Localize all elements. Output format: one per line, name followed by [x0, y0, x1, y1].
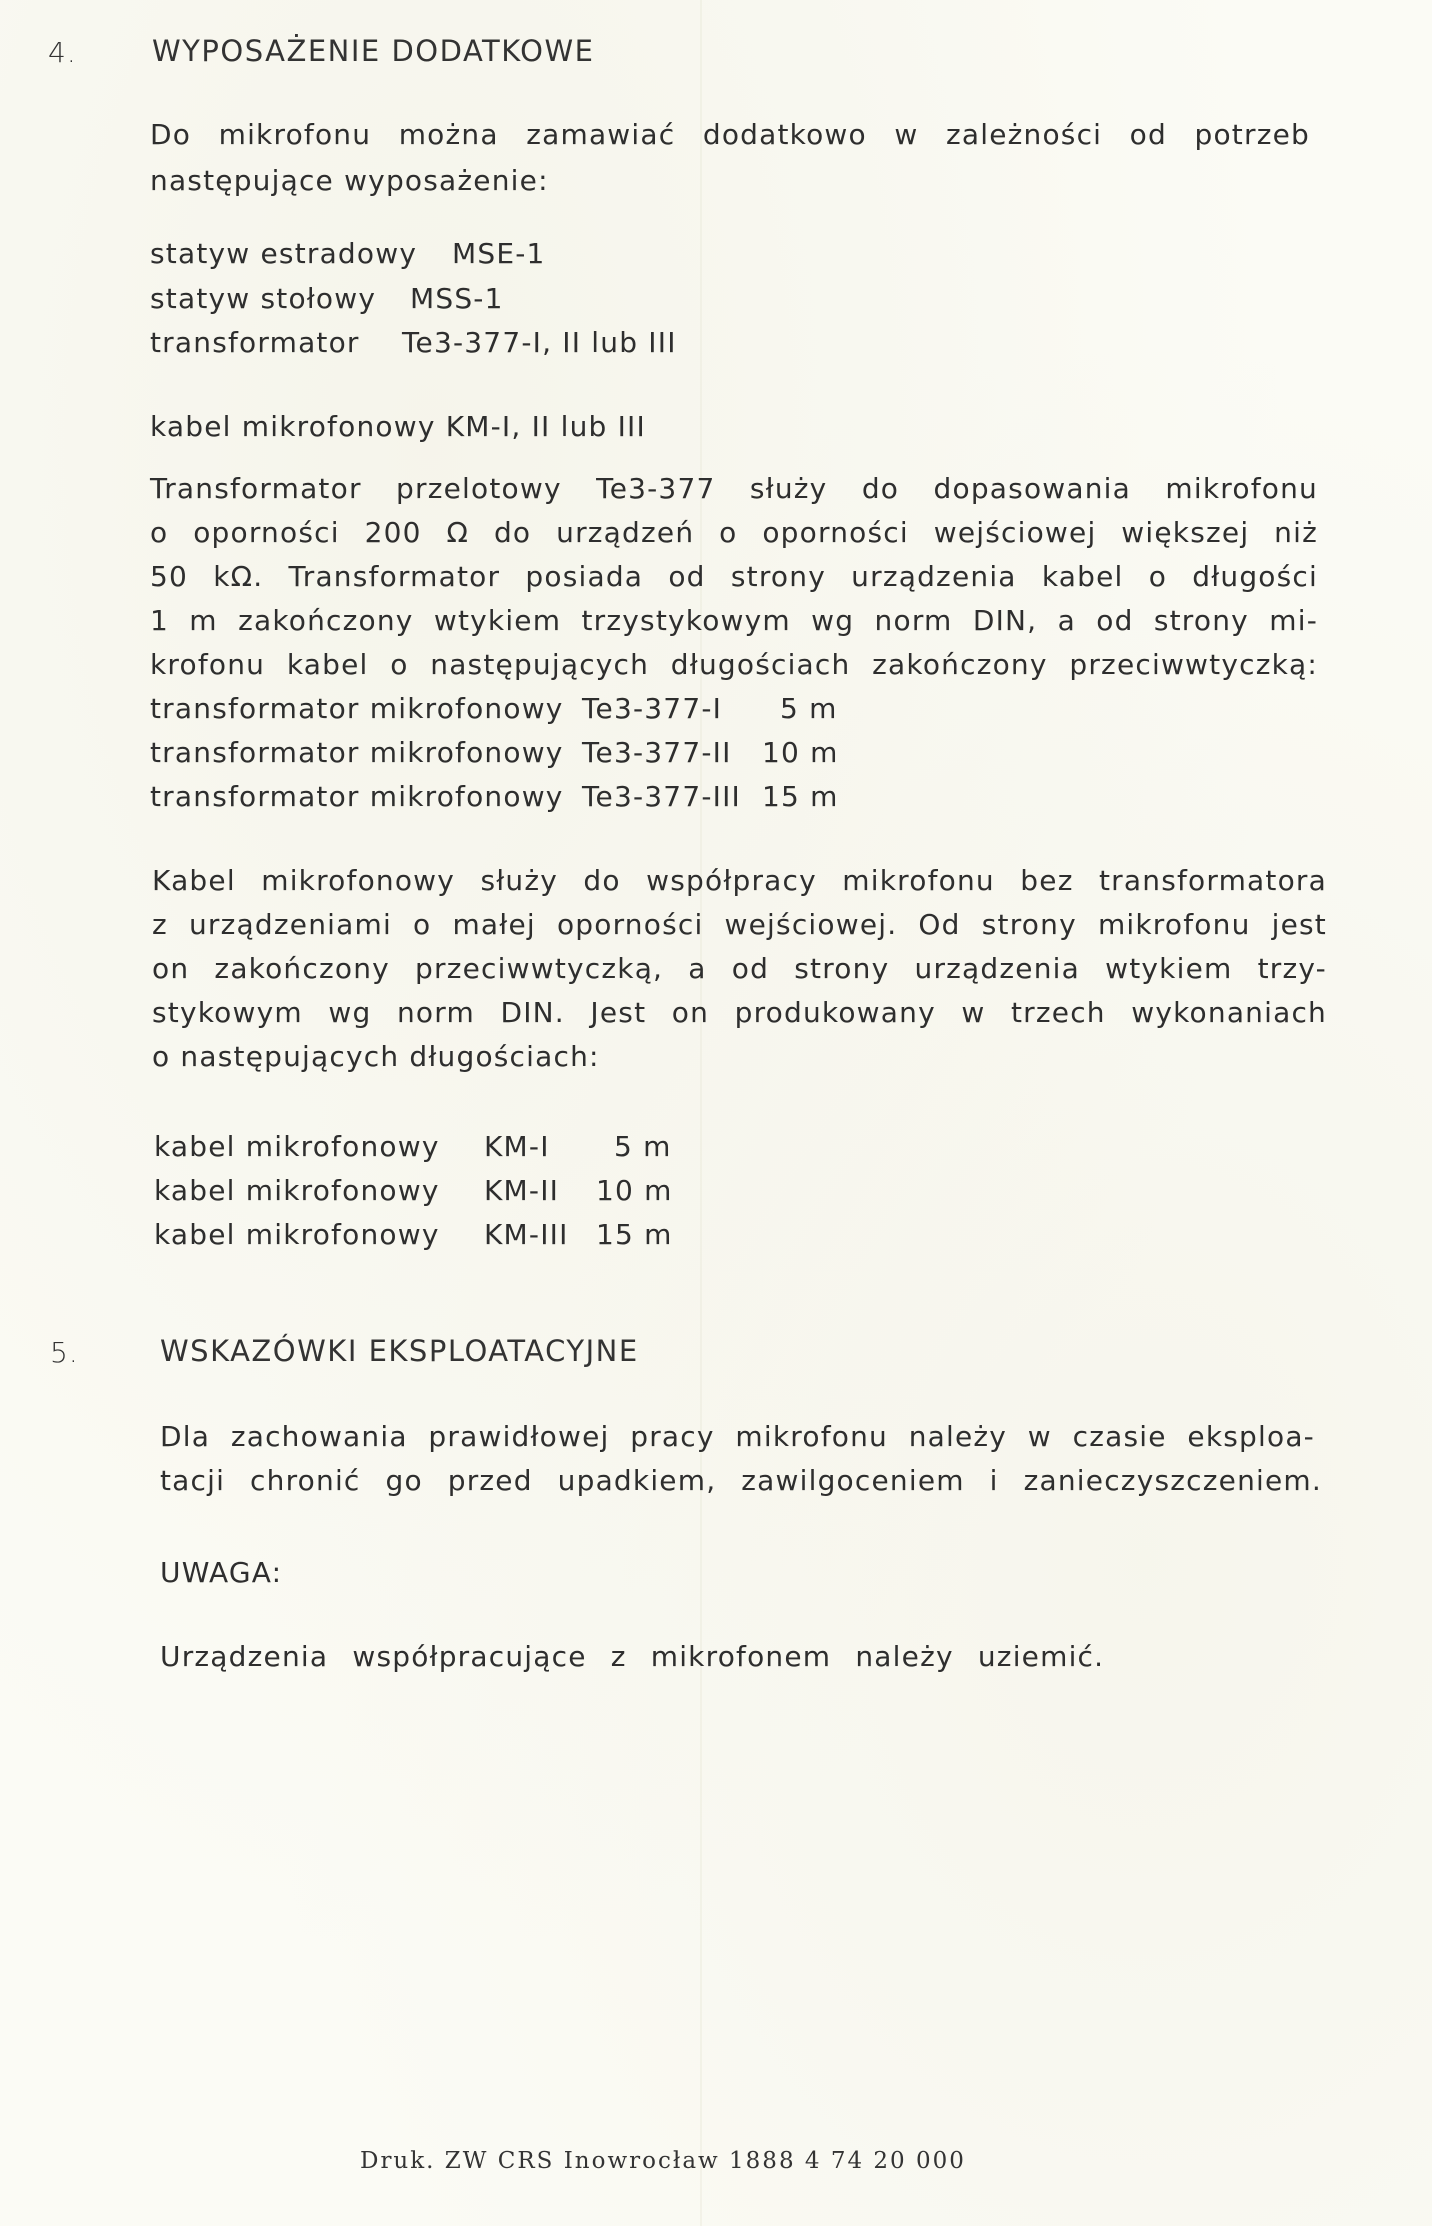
section-4-number: 4.	[48, 36, 77, 69]
printer-imprint: Druk. ZW CRS Inowrocław 1888 4 74 20 000	[360, 2148, 966, 2174]
equipment-model: MSS-1	[410, 282, 504, 315]
section-5-title: WSKAZÓWKI EKSPLOATACYJNE	[160, 1334, 639, 1368]
variant-length: 10 m	[596, 1174, 673, 1207]
equipment-name: statyw stołowy	[150, 282, 376, 315]
equipment-item: statyw estradowy MSE-1	[150, 237, 417, 270]
transformer-variant-row: transformator mikrofonowy Te3-377-I 5 m	[150, 692, 564, 725]
equipment-item: statyw stołowy MSS-1	[150, 282, 376, 315]
intro-line-1: Do mikrofonu można zamawiać dodatkowo w …	[150, 118, 1310, 151]
section-5-paragraph-line-1: Dla zachowania prawidłowej pracy mikrofo…	[160, 1420, 1315, 1453]
variant-model: KM-I	[484, 1130, 550, 1163]
variant-name: transformator mikrofonowy	[150, 736, 564, 769]
variant-model: Te3-377-III	[582, 780, 741, 813]
paper-fold	[700, 0, 702, 2226]
transformer-paragraph-line-1: Transformator przelotowy Te3-377 służy d…	[150, 472, 1318, 505]
section-5-number: 5.	[50, 1336, 79, 1369]
variant-name: transformator mikrofonowy	[150, 692, 564, 725]
variant-model: Te3-377-I	[582, 692, 722, 725]
variant-model: KM-II	[484, 1174, 559, 1207]
cable-paragraph-line-1: Kabel mikrofonowy służy do współpracy mi…	[152, 864, 1327, 897]
transformer-paragraph-line-3: 50 kΩ. Transformator posiada od strony u…	[150, 560, 1318, 593]
warning-text: Urządzenia współpracujące z mikrofonem n…	[160, 1640, 1104, 1673]
variant-length: 15 m	[596, 1218, 673, 1251]
transformer-paragraph-line-2: o oporności 200 Ω do urządzeń o opornośc…	[150, 516, 1318, 549]
variant-length: 5 m	[614, 1130, 672, 1163]
cable-option-line: kabel mikrofonowy KM-I, II lub III	[150, 410, 646, 443]
transformer-variant-row: transformator mikrofonowy Te3-377-II 10 …	[150, 736, 564, 769]
transformer-paragraph-line-4: 1 m zakończony wtykiem trzystykowym wg n…	[150, 604, 1318, 637]
cable-paragraph-line-4: stykowym wg norm DIN. Jest on produkowan…	[152, 996, 1327, 1029]
transformer-paragraph-line-5: krofonu kabel o następujących długościac…	[150, 648, 1318, 681]
transformer-variant-row: transformator mikrofonowy Te3-377-III 15…	[150, 780, 564, 813]
equipment-model: Te3-377-I, II lub III	[402, 326, 677, 359]
variant-name: transformator mikrofonowy	[150, 780, 564, 813]
section-4-title: WYPOSAŻENIE DODATKOWE	[152, 34, 595, 68]
variant-length: 10 m	[762, 736, 839, 769]
equipment-model: MSE-1	[452, 237, 546, 270]
section-5-paragraph-line-2: tacji chronić go przed upadkiem, zawilgo…	[160, 1464, 1322, 1497]
variant-model: Te3-377-II	[582, 736, 732, 769]
variant-length: 15 m	[762, 780, 839, 813]
warning-label: UWAGA:	[160, 1556, 282, 1589]
intro-line-2: następujące wyposażenie:	[150, 164, 549, 197]
cable-variant-row: kabel mikrofonowy KM-II 10 m	[154, 1174, 440, 1207]
equipment-name: statyw estradowy	[150, 237, 417, 270]
variant-model: KM-III	[484, 1218, 569, 1251]
variant-length: 5 m	[780, 692, 838, 725]
cable-variant-row: kabel mikrofonowy KM-I 5 m	[154, 1130, 440, 1163]
equipment-item: transformator Te3-377-I, II lub III	[150, 326, 360, 359]
equipment-name: transformator	[150, 326, 360, 359]
cable-paragraph-line-3: on zakończony przeciwwtyczką, a od stron…	[152, 952, 1327, 985]
variant-name: kabel mikrofonowy	[154, 1130, 440, 1163]
variant-name: kabel mikrofonowy	[154, 1174, 440, 1207]
cable-variant-row: kabel mikrofonowy KM-III 15 m	[154, 1218, 440, 1251]
document-page: 4. WYPOSAŻENIE DODATKOWE Do mikrofonu mo…	[0, 0, 1432, 2226]
variant-name: kabel mikrofonowy	[154, 1218, 440, 1251]
cable-paragraph-line-2: z urządzeniami o małej oporności wejścio…	[152, 908, 1327, 941]
cable-paragraph-line-5: o następujących długościach:	[152, 1040, 600, 1073]
